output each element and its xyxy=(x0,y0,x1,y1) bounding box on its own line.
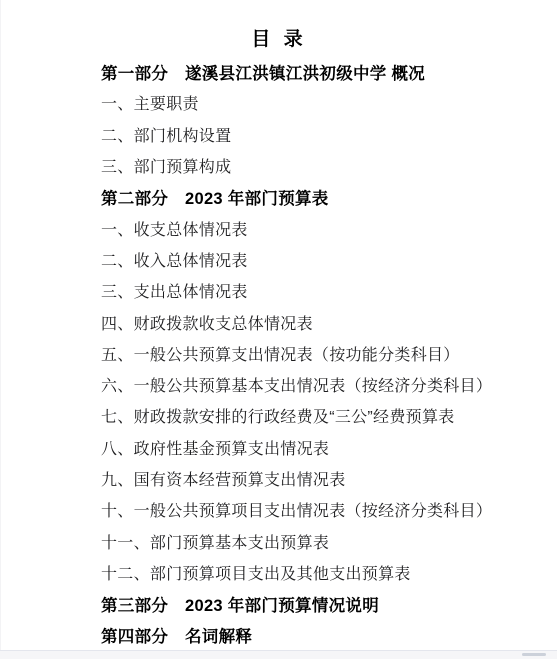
toc-section-heading: 第一部分 遂溪县江洪镇江洪初级中学 概况 xyxy=(101,56,521,87)
toc-title: 目 录 xyxy=(1,24,557,56)
toc-item: 一、主要职责 xyxy=(101,87,521,118)
horizontal-scrollbar-track[interactable] xyxy=(0,650,557,659)
toc-item: 七、财政拨款安排的行政经费及“三公”经费预算表 xyxy=(101,400,521,431)
toc-item: 一、收支总体情况表 xyxy=(101,212,521,243)
toc-section-heading: 第三部分 2023 年部门预算情况说明 xyxy=(101,588,521,619)
toc-item: 十二、部门预算项目支出及其他支出预算表 xyxy=(101,557,521,588)
toc-item: 八、政府性基金预算支出情况表 xyxy=(101,432,521,463)
toc-item: 五、一般公共预算支出情况表（按功能分类科目） xyxy=(101,338,521,369)
toc-item: 十、一般公共预算项目支出情况表（按经济分类科目） xyxy=(101,494,521,525)
toc-item: 二、收入总体情况表 xyxy=(101,244,521,275)
toc-section-heading: 第二部分 2023 年部门预算表 xyxy=(101,181,521,212)
toc-item: 四、财政拨款收支总体情况表 xyxy=(101,306,521,337)
toc-item: 九、国有资本经营预算支出情况表 xyxy=(101,463,521,494)
toc-item: 三、支出总体情况表 xyxy=(101,275,521,306)
horizontal-scrollbar-thumb[interactable] xyxy=(522,653,546,656)
document-page: 目 录 第一部分 遂溪县江洪镇江洪初级中学 概况一、主要职责二、部门机构设置三、… xyxy=(0,0,557,650)
toc-section-heading: 第四部分 名词解释 xyxy=(101,619,521,650)
toc-item: 三、部门预算构成 xyxy=(101,150,521,181)
toc-item: 二、部门机构设置 xyxy=(101,119,521,150)
toc-list: 第一部分 遂溪县江洪镇江洪初级中学 概况一、主要职责二、部门机构设置三、部门预算… xyxy=(1,56,557,651)
toc-item: 六、一般公共预算基本支出情况表（按经济分类科目） xyxy=(101,369,521,400)
toc-item: 十一、部门预算基本支出预算表 xyxy=(101,525,521,556)
